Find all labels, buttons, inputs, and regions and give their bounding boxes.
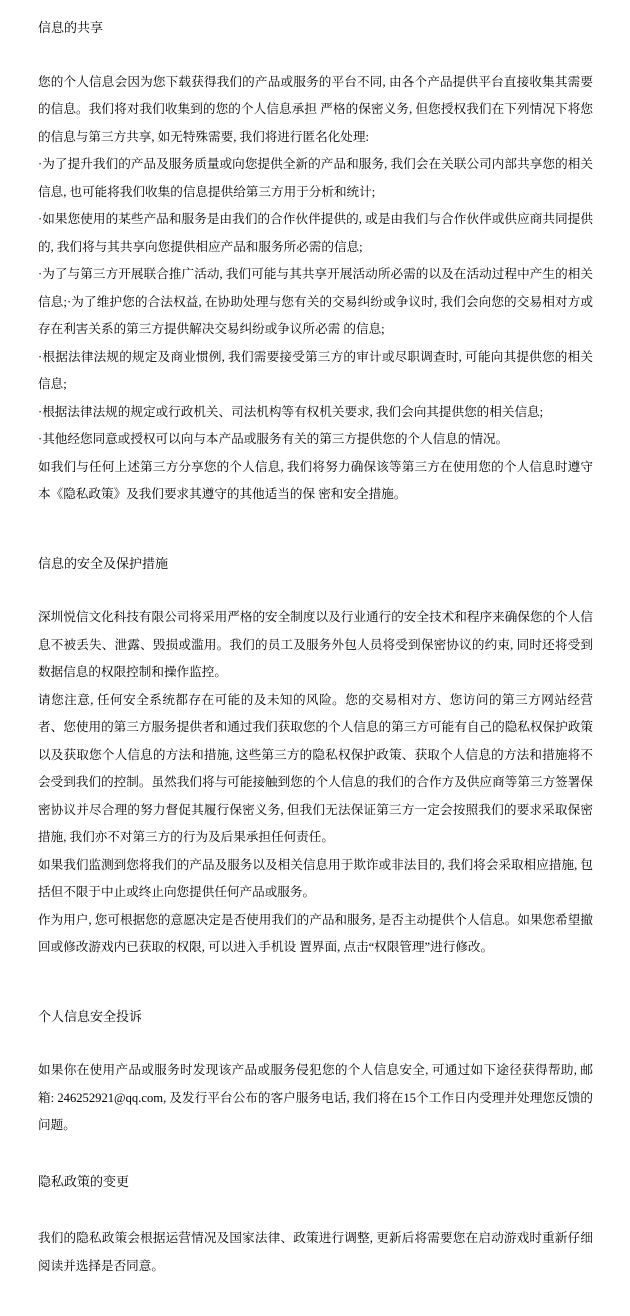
email-address: 246252921@qq.com (57, 1091, 163, 1105)
paragraph-sharing-closing: 如我们与任何上述第三方分享您的个人信息, 我们将努力确保该等第三方在使用您的个人… (38, 454, 593, 509)
paragraph-security-measures: 深圳悦信文化科技有限公司将采用严格的安全制度以及行业通行的安全技术和程序来确保您… (38, 604, 593, 687)
paragraph-sharing-bullet-quality: ·为了提升我们的产品及服务质量或向您提供全新的产品和服务, 我们会在关联公司内部… (38, 151, 593, 206)
section-security-complaints: 个人信息安全投诉 如果你在使用产品或服务时发现该产品或服务侵犯您的个人信息安全,… (38, 1003, 593, 1140)
section-title-policy-changes: 隐私政策的变更 (38, 1168, 593, 1196)
section-information-sharing: 信息的共享 您的个人信息会因为您下载获得我们的产品或服务的平台不同, 由各个产品… (38, 14, 593, 509)
paragraph-sharing-bullet-legal: ·根据法律法规的规定或行政机关、司法机构等有权机关要求, 我们会向其提供您的相关… (38, 399, 593, 427)
paragraph-sharing-bullet-promotion-disputes: ·为了与第三方开展联合推广活动, 我们可能与其共享开展活动所必需的以及在活动过程… (38, 261, 593, 344)
section-title-information-sharing: 信息的共享 (38, 14, 593, 42)
privacy-policy-page: { "document": { "background_color": "#ff… (0, 0, 630, 1316)
section-information-security: 信息的安全及保护措施 深圳悦信文化科技有限公司将采用严格的安全制度以及行业通行的… (38, 550, 593, 962)
section-policy-changes: 隐私政策的变更 我们的隐私政策会根据运营情况及国家法律、政策进行调整, 更新后将… (38, 1168, 593, 1281)
paragraph-policy-changes: 我们的隐私政策会根据运营情况及国家法律、政策进行调整, 更新后将需要您在启动游戏… (38, 1225, 593, 1280)
paragraph-complaints-contact: 如果你在使用产品或服务时发现该产品或服务侵犯您的个人信息安全, 可通过如下途径获… (38, 1057, 593, 1140)
paragraph-sharing-bullet-consent: ·其他经您同意或授权可以向与本产品或服务有关的第三方提供您的个人信息的情况。 (38, 426, 593, 454)
paragraph-sharing-bullet-partners: ·如果您使用的某些产品和服务是由我们的合作伙伴提供的, 或是由我们与合作伙伴或供… (38, 206, 593, 261)
paragraph-sharing-bullet-audit: ·根据法律法规的规定及商业惯例, 我们需要接受第三方的审计或尽职调查时, 可能向… (38, 344, 593, 399)
paragraph-security-user-choice: 作为用户, 您可根据您的意愿决定是否使用我们的产品和服务, 是否主动提供个人信息… (38, 907, 593, 962)
section-title-information-security: 信息的安全及保护措施 (38, 550, 593, 578)
section-title-security-complaints: 个人信息安全投诉 (38, 1003, 593, 1031)
privacy-policy-document: 信息的共享 您的个人信息会因为您下载获得我们的产品或服务的平台不同, 由各个产品… (0, 0, 630, 1280)
paragraph-security-risks: 请您注意, 任何安全系统都存在可能的及未知的风险。您的交易相对方、您访问的第三方… (38, 687, 593, 852)
paragraph-security-fraud: 如果我们监测到您将我们的产品及服务以及相关信息用于欺诈或非法目的, 我们将会采取… (38, 852, 593, 907)
paragraph-sharing-intro: 您的个人信息会因为您下载获得我们的产品或服务的平台不同, 由各个产品提供平台直接… (38, 69, 593, 152)
